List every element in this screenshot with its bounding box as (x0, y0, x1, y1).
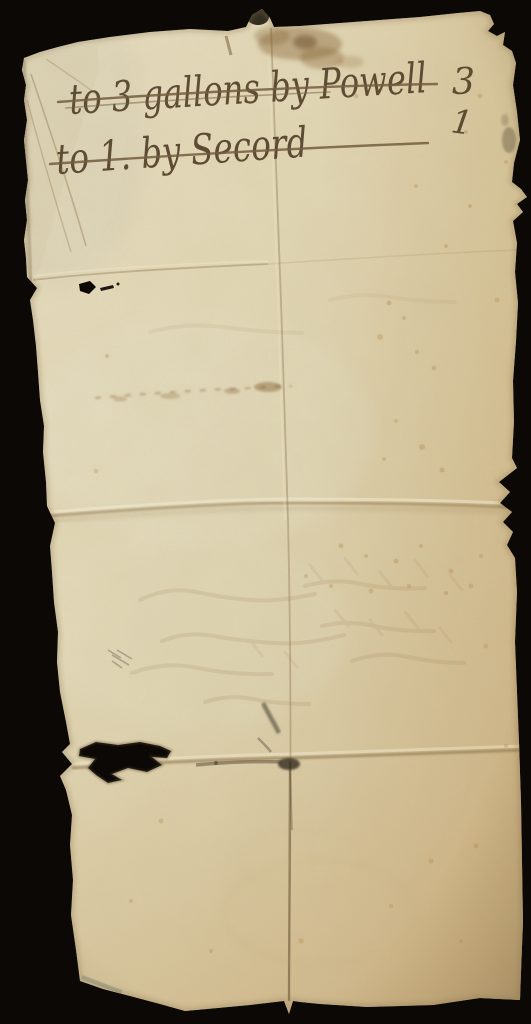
document-photo: to 3 gallons by Powell to 1. by Secord 3… (0, 0, 531, 1024)
tiny-speck (117, 283, 120, 286)
amount-value-1: 3 (452, 62, 475, 103)
